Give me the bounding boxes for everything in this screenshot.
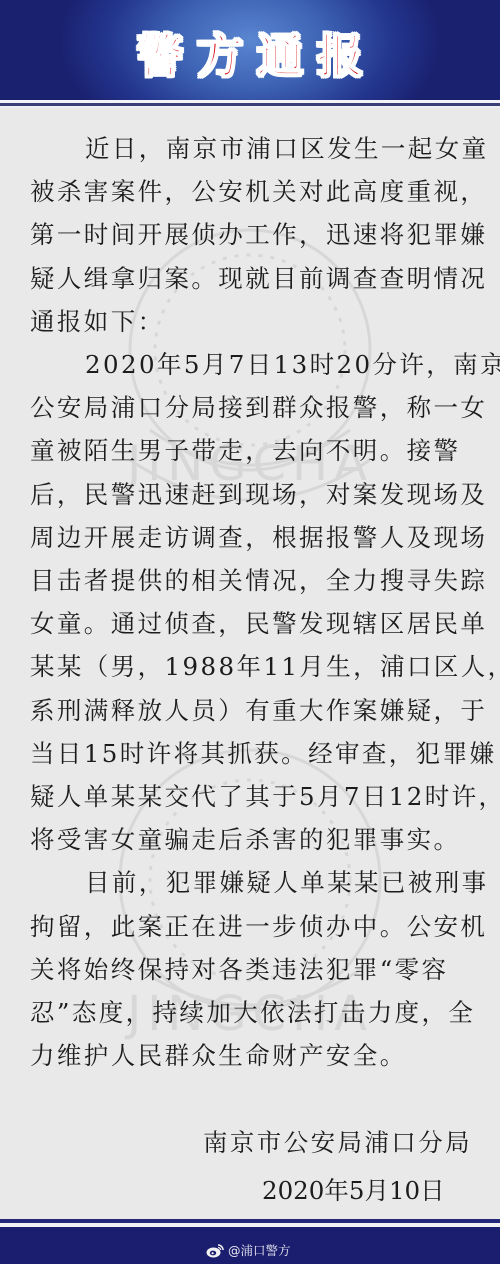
text-line: 关将始终保持对各类违法犯罪“零容 (0, 948, 475, 991)
text-line: 疑人缉拿归案。现就目前调查查明情况 (0, 257, 475, 300)
paragraph-status: 目前，犯罪嫌疑人单某某已被刑事 拘留，此案正在进一步侦办中。公安机 关将始终保持… (30, 861, 475, 1077)
text-line: 周边开展走访调查，根据报警人及现场 (0, 516, 475, 559)
text-line: 某某（男，1988年11月生，浦口区人， (0, 645, 475, 688)
text-line: 疑人单某某交代了其于5月7日12时许， (0, 775, 475, 818)
text-line: 被杀害案件，公安机关对此高度重视， (0, 170, 475, 213)
text-line: 将受害女童骗走后杀害的犯罪事实。 (0, 818, 475, 861)
text-line: 当日15时许将其抓获。经审查，犯罪嫌 (0, 732, 475, 775)
text-line: 后，民警迅速赶到现场，对案发现场及 (0, 473, 475, 516)
weibo-attribution[interactable]: @浦口警方 (206, 1241, 291, 1259)
text-line: 拘留，此案正在进一步侦办中。公安机 (0, 905, 475, 948)
text-line: 力维护人民群众生命财产安全。 (0, 1034, 475, 1077)
text-line: 女童。通过侦查，民警发现辖区居民单 (0, 602, 475, 645)
paragraph-details: 2020年5月7日13时20分许，南京市 公安局浦口分局接到群众报警，称一女 童… (30, 343, 475, 861)
text-line: 公安局浦口分局接到群众报警，称一女 (0, 386, 475, 429)
text-line: 第一时间开展侦办工作，迅速将犯罪嫌 (0, 213, 475, 256)
text-line: 2020年5月7日13时20分许，南京市 (30, 343, 475, 386)
text-line: 童被陌生男子带走，去向不明。接警 (0, 429, 475, 472)
text-line: 系刑满释放人员）有重大作案嫌疑，于 (0, 689, 475, 732)
text-line: 目前，犯罪嫌疑人单某某已被刑事 (30, 861, 475, 904)
text-line: 目击者提供的相关情况，全力搜寻失踪 (0, 559, 475, 602)
text-line: 近日，南京市浦口区发生一起女童 (30, 127, 475, 170)
text-line: 忍”态度，持续加大依法打击力度，全 (0, 991, 475, 1034)
header-divider (0, 106, 500, 108)
page-title: 警方通报 (0, 20, 500, 86)
paragraph-intro: 近日，南京市浦口区发生一起女童 被杀害案件，公安机关对此高度重视， 第一时间开展… (30, 127, 475, 343)
weibo-icon (206, 1243, 224, 1258)
weibo-handle: @浦口警方 (228, 1241, 291, 1259)
notice-body: 近日，南京市浦口区发生一起女童 被杀害案件，公安机关对此高度重视， 第一时间开展… (30, 127, 475, 1077)
text-line: 通报如下： (0, 300, 475, 343)
header-banner: 警方通报 (0, 0, 500, 100)
issuer-signature: 南京市公安局浦口分局 (203, 1124, 472, 1159)
issue-date: 2020年5月10日 (262, 1172, 445, 1207)
